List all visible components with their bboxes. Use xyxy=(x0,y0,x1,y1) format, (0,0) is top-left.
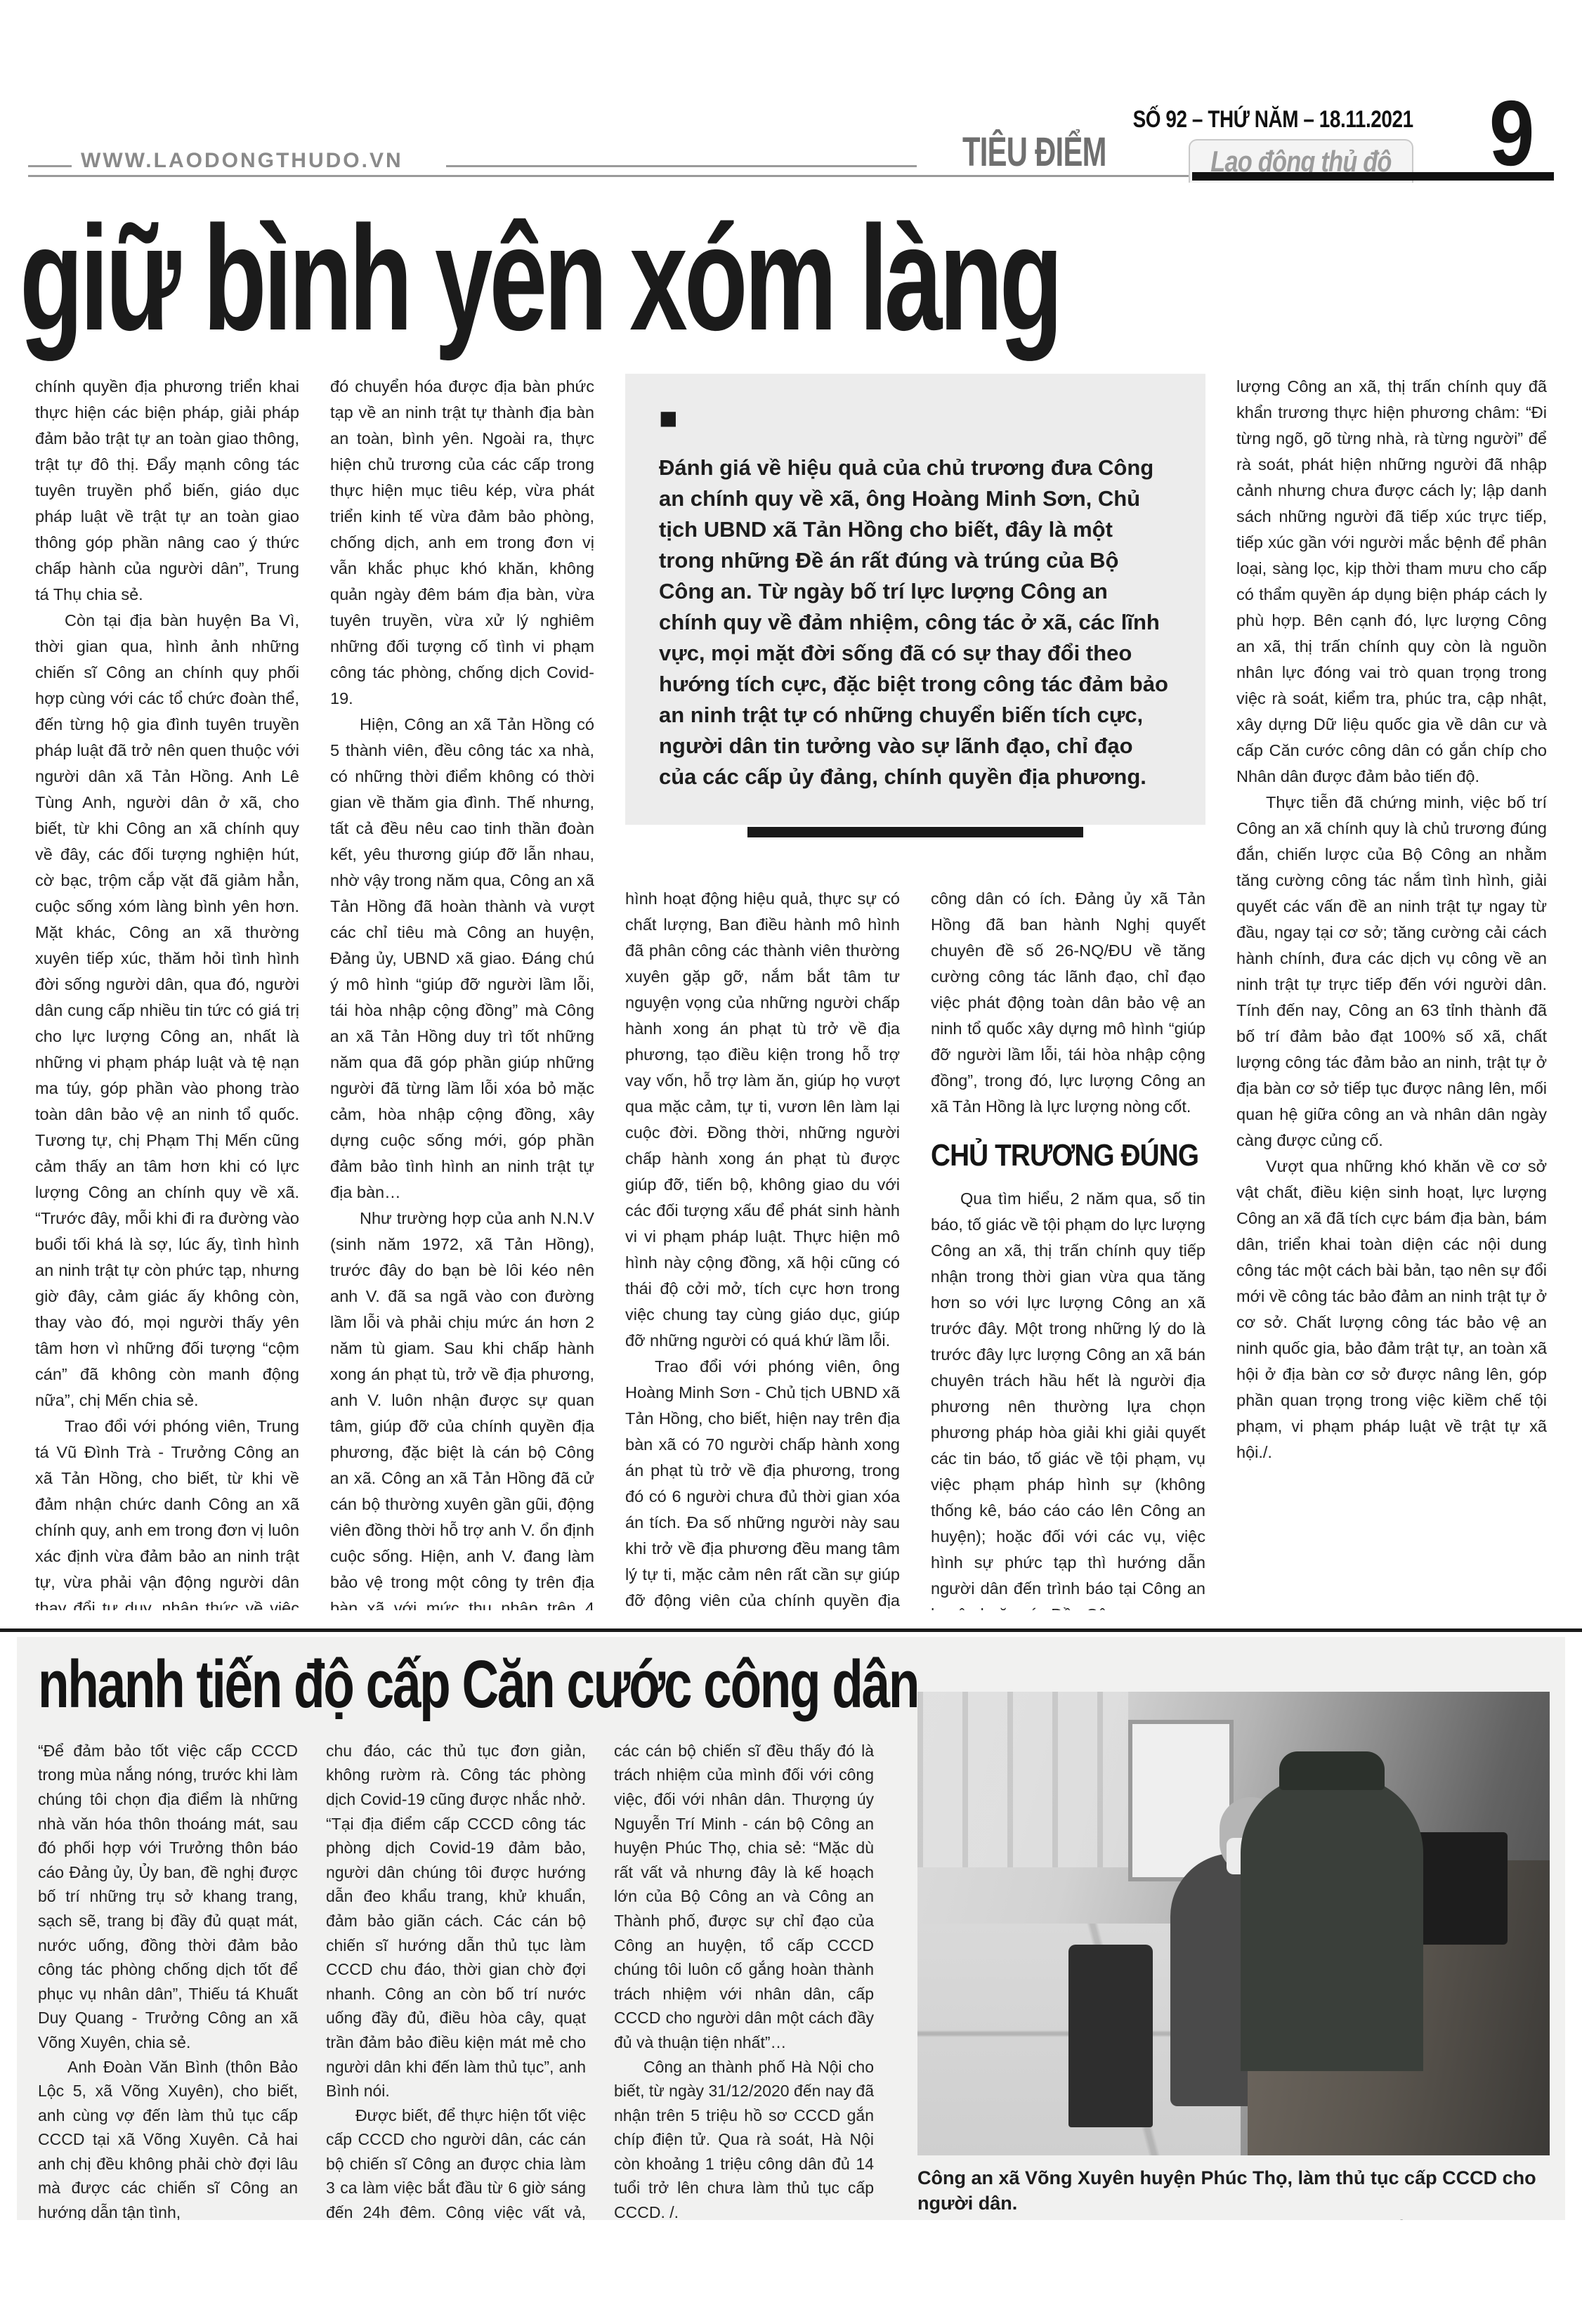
photo-officer-silhouette xyxy=(1241,1776,1423,2071)
photo-caption: Công an xã Võng Xuyên huyện Phúc Thọ, là… xyxy=(917,2165,1550,2217)
header-black-bar xyxy=(1192,172,1554,181)
paragraph: chu đáo, các thủ tục đơn giản, không rườ… xyxy=(326,1739,586,2103)
square-bullet-icon: ■ xyxy=(659,403,1172,434)
article-column-4: công dân có ích. Đảng ủy xã Tản Hồng đã … xyxy=(931,886,1205,1610)
photo-officer-cap xyxy=(1279,1751,1385,1790)
paragraph: chính quyền địa phương triển khai thực h… xyxy=(35,374,299,608)
cccd-column-1: “Để đảm bảo tốt việc cấp CCCD trong mùa … xyxy=(38,1739,298,2220)
section-divider-rule xyxy=(0,1628,1582,1632)
paragraph: Trao đổi với phóng viên, Trung tá Vũ Đìn… xyxy=(35,1414,299,1610)
photo-windows-shape xyxy=(917,1692,1128,1867)
photo-credit: Ảnh: Minh Phương xyxy=(917,2219,1550,2220)
cccd-article-section: nhanh tiến độ cấp Căn cước công dân “Để … xyxy=(17,1637,1565,2220)
main-article-body: chính quyền địa phương triển khai thực h… xyxy=(35,374,1547,1610)
article-column-3: hình hoạt động hiệu quả, thực sự có chất… xyxy=(625,886,900,1610)
cccd-column-2: chu đáo, các thủ tục đơn giản, không rườ… xyxy=(326,1739,586,2220)
paragraph: Hiện, Công an xã Tản Hồng có 5 thành viê… xyxy=(330,712,594,1206)
paragraph: “Để đảm bảo tốt việc cấp CCCD trong mùa … xyxy=(38,1739,298,2055)
newspaper-page: WWW.LAODONGTHUDO.VN TIÊU ĐIỂM SỐ 92 – TH… xyxy=(0,0,1582,2324)
quote-divider-bar xyxy=(747,827,1083,837)
issue-info: SỐ 92 – THỨ NĂM – 18.11.2021 xyxy=(1133,106,1413,133)
paragraph: Anh Đoàn Văn Bình (thôn Bảo Lộc 5, xã Võ… xyxy=(38,2055,298,2220)
paragraph: các cán bộ chiến sĩ đều thấy đó là trách… xyxy=(614,1739,874,2055)
paragraph: đó chuyển hóa được địa bàn phức tạp về a… xyxy=(330,374,594,712)
paragraph: Còn tại địa bàn huyện Ba Vì, thời gian q… xyxy=(35,608,299,1414)
paragraph: Thực tiễn đã chứng minh, việc bố trí Côn… xyxy=(1236,790,1547,1154)
cccd-column-3: các cán bộ chiến sĩ đều thấy đó là trách… xyxy=(614,1739,874,2220)
paragraph: hình hoạt động hiệu quả, thực sự có chất… xyxy=(625,886,900,1354)
section-label: TIÊU ĐIỂM xyxy=(962,129,1106,176)
paragraph: Trao đổi với phóng viên, ông Hoàng Minh … xyxy=(625,1354,900,1610)
article-column-1: chính quyền địa phương triển khai thực h… xyxy=(35,374,299,1610)
paragraph: Công an thành phố Hà Nội cho biết, từ ng… xyxy=(614,2055,874,2220)
paragraph: Qua tìm hiểu, 2 năm qua, số tin báo, tố … xyxy=(931,1186,1205,1610)
article-column-2: đó chuyển hóa được địa bàn phức tạp về a… xyxy=(330,374,594,1610)
cccd-article-body: “Để đảm bảo tốt việc cấp CCCD trong mùa … xyxy=(38,1739,888,2220)
news-photo xyxy=(917,1692,1550,2155)
quote-text: Đánh giá về hiệu quả của chủ trương đưa … xyxy=(659,452,1172,792)
photo-chair-shape xyxy=(1068,1945,1153,2127)
paragraph: Vượt qua những khó khăn về cơ sở vật chấ… xyxy=(1236,1154,1547,1465)
page-number: 9 xyxy=(1489,87,1534,180)
paragraph: công dân có ích. Đảng ủy xã Tản Hồng đã … xyxy=(931,886,1205,1120)
paragraph: lượng Công an xã, thị trấn chính quy đã … xyxy=(1236,374,1547,790)
photo-block: Công an xã Võng Xuyên huyện Phúc Thọ, là… xyxy=(917,1692,1550,2220)
main-headline: giữ bình yên xóm làng xyxy=(20,204,1059,353)
article-column-5: lượng Công an xã, thị trấn chính quy đã … xyxy=(1236,374,1547,1610)
page-header: WWW.LAODONGTHUDO.VN TIÊU ĐIỂM SỐ 92 – TH… xyxy=(28,138,1554,177)
quote-box: ■ Đánh giá về hiệu quả của chủ trương đư… xyxy=(625,374,1205,825)
section-subhead: CHỦ TRƯƠNG ĐÚNG ĐẮN xyxy=(931,1138,1172,1173)
website-url: WWW.LAODONGTHUDO.VN xyxy=(81,149,403,173)
header-line-right xyxy=(446,165,917,167)
header-line-left xyxy=(28,165,72,167)
paragraph: Được biết, để thực hiện tốt việc cấp CCC… xyxy=(326,2103,586,2220)
article-columns-3-4: hình hoạt động hiệu quả, thực sự có chất… xyxy=(625,886,1205,1610)
paragraph: Như trường hợp của anh N.N.V (sinh năm 1… xyxy=(330,1206,594,1610)
article-middle-wrap: ■ Đánh giá về hiệu quả của chủ trương đư… xyxy=(625,374,1205,1610)
